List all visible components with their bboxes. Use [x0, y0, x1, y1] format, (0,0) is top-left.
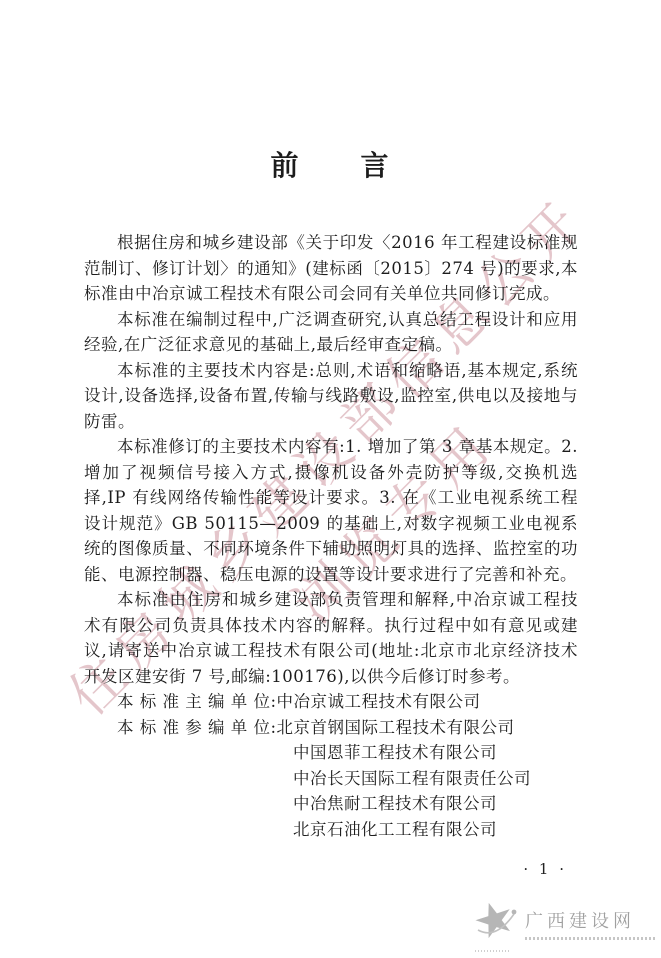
preface-body: 根据住房和城乡建设部《关于印发〈2016 年工程建设标准规范制订、修订计划〉的通… — [84, 230, 578, 842]
site-logo-text: 广西建设网 — [525, 907, 657, 933]
logo-tagline-micro-text — [525, 937, 657, 940]
participating-editor-value: 北京首钢国际工程技术有限公司 — [277, 718, 515, 737]
participating-editor-row: 本 标 准 参 编 单 位:北京首钢国际工程技术有限公司 — [84, 715, 578, 741]
page-title: 前 言 — [0, 144, 661, 184]
document-page: 住房城乡建设部信息公开 浏览专用 前 言 根据住房和城乡建设部《关于印发〈201… — [0, 0, 661, 958]
participating-company: 中国恩菲工程技术有限公司 — [84, 740, 578, 766]
star-icon — [474, 900, 518, 946]
paragraph-contents: 本标准的主要技术内容是:总则,术语和缩略语,基本规定,系统设计,设备选择,设备布… — [84, 358, 578, 435]
participating-company: 中冶长天国际工程有限责任公司 — [84, 766, 578, 792]
chief-editor-label: 本 标 准 主 编 单 位: — [117, 692, 277, 711]
site-logo: 广西建设网 — [474, 900, 657, 946]
participating-company: 北京石油化工工程有限公司 — [84, 817, 578, 843]
participating-company: 中冶焦耐工程技术有限公司 — [84, 791, 578, 817]
chief-editor-value: 中冶京诚工程技术有限公司 — [277, 692, 481, 711]
page-number: · 1 · — [523, 860, 567, 878]
paragraph-revisions: 本标准修订的主要技术内容有:1. 增加了第 3 章基本规定。2. 增加了视频信号… — [84, 434, 578, 587]
chief-editor-row: 本 标 准 主 编 单 位:中冶京诚工程技术有限公司 — [84, 689, 578, 715]
logo-star-micro-text — [475, 950, 509, 952]
paragraph-management: 本标准由住房和城乡建设部负责管理和解释,中冶京诚工程技术有限公司负责具体技术内容… — [84, 587, 578, 689]
paragraph-basis: 根据住房和城乡建设部《关于印发〈2016 年工程建设标准规范制订、修订计划〉的通… — [84, 230, 578, 307]
paragraph-process: 本标准在编制过程中,广泛调查研究,认真总结工程设计和应用经验,在广泛征求意见的基… — [84, 307, 578, 358]
participating-editor-label: 本 标 准 参 编 单 位: — [117, 718, 277, 737]
